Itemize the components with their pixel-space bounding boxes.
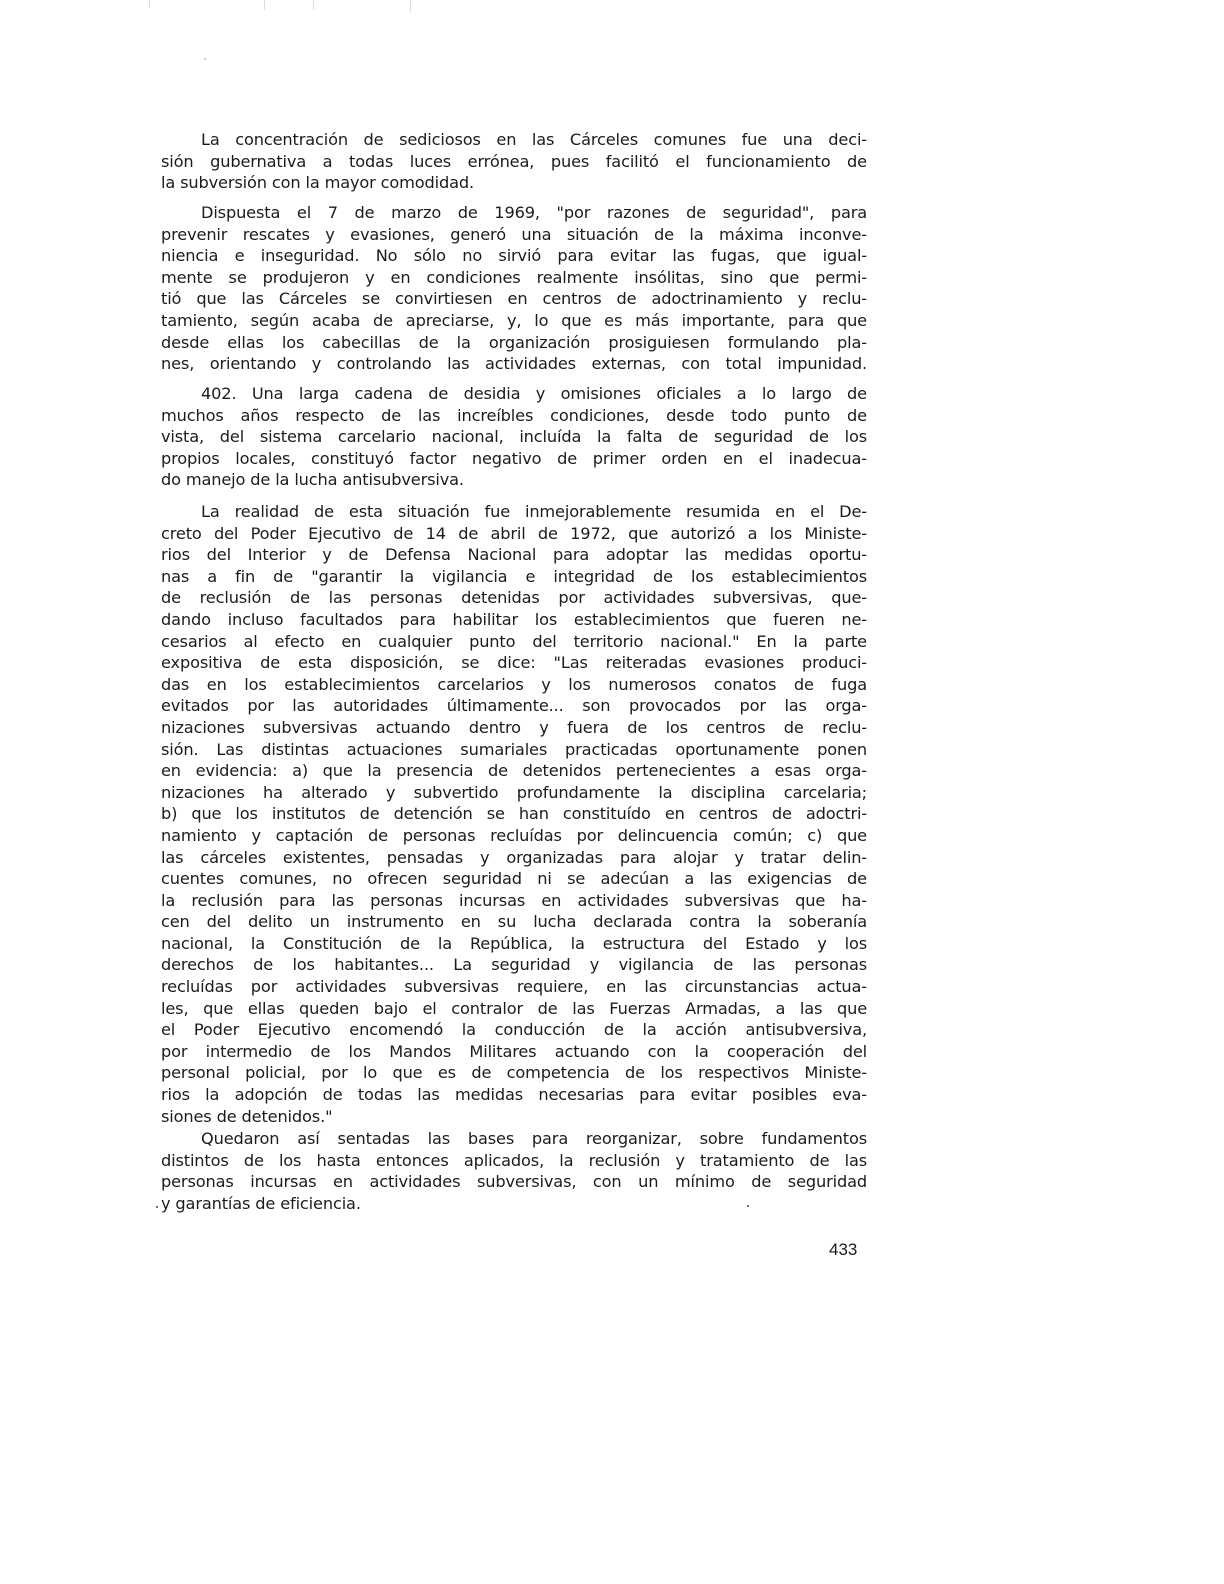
text-line: tamiento, según acaba de apreciarse, y, … <box>161 310 867 332</box>
scan-artifact <box>149 0 150 8</box>
text-line: rios del Interior y de Defensa Nacional … <box>161 544 867 566</box>
text-line: recluídas por actividades subversivas re… <box>161 976 867 998</box>
paragraph-402: 402. Una larga cadena de desidia y omisi… <box>161 383 867 491</box>
text-line: desde ellas los cabecillas de la organiz… <box>161 332 867 354</box>
scan-artifact <box>313 0 314 10</box>
text-line: vista, del sistema carcelario nacional, … <box>161 426 867 448</box>
text-line: la reclusión para las personas incursas … <box>161 890 867 912</box>
text-line: 402. Una larga cadena de desidia y omisi… <box>161 383 867 405</box>
paragraph-2: Dispuesta el 7 de marzo de 1969, "por ra… <box>161 202 867 375</box>
text-line: cuentes comunes, no ofrecen seguridad ni… <box>161 868 867 890</box>
text-line: expositiva de esta disposición, se dice:… <box>161 652 867 674</box>
text-line: tió que las Cárceles se convirtiesen en … <box>161 288 867 310</box>
scan-speck <box>156 1206 158 1208</box>
text-line: dando incluso facultados para habilitar … <box>161 609 867 631</box>
text-line: la subversión con la mayor comodidad. <box>161 172 867 194</box>
text-line: nes, orientando y controlando las activi… <box>161 353 867 375</box>
text-line: personas incursas en actividades subvers… <box>161 1171 867 1193</box>
text-line: de reclusión de las personas detenidas p… <box>161 587 867 609</box>
text-line: propios locales, constituyó factor negat… <box>161 448 867 470</box>
scan-artifact <box>410 0 411 12</box>
page-number: 433 <box>829 1240 857 1260</box>
text-line: nas a fin de "garantir la vigilancia e i… <box>161 566 867 588</box>
text-line: do manejo de la lucha antisubversiva. <box>161 469 867 491</box>
text-line: nizaciones subversivas actuando dentro y… <box>161 717 867 739</box>
text-line: distintos de los hasta entonces aplicado… <box>161 1150 867 1172</box>
text-line: derechos de los habitantes... La segurid… <box>161 954 867 976</box>
text-line: les, que ellas queden bajo el contralor … <box>161 998 867 1020</box>
text-line: siones de detenidos." <box>161 1106 867 1128</box>
text-line: nacional, la Constitución de la Repúblic… <box>161 933 867 955</box>
text-line: cen del delito un instrumento en su luch… <box>161 911 867 933</box>
text-line: y garantías de eficiencia. <box>161 1193 867 1215</box>
text-line: das en los establecimientos carcelarios … <box>161 674 867 696</box>
text-line: evitados por las autoridades últimamente… <box>161 695 867 717</box>
text-line: por intermedio de los Mandos Militares a… <box>161 1041 867 1063</box>
text-line: en evidencia: a) que la presencia de det… <box>161 760 867 782</box>
text-line: niencia e inseguridad. No sólo no sirvió… <box>161 245 867 267</box>
text-line: cesarios al efecto en cualquier punto de… <box>161 631 867 653</box>
text-line: creto del Poder Ejecutivo de 14 de abril… <box>161 523 867 545</box>
text-line: las cárceles existentes, pensadas y orga… <box>161 847 867 869</box>
paragraph-4: La realidad de esta situación fue inmejo… <box>161 501 867 1127</box>
text-line: La realidad de esta situación fue inmejo… <box>161 501 867 523</box>
text-line: sión gubernativa a todas luces errónea, … <box>161 151 867 173</box>
document-page: La concentración de sediciosos en las Cá… <box>0 0 1224 1584</box>
text-line: el Poder Ejecutivo encomendó la conducci… <box>161 1019 867 1041</box>
text-line: muchos años respecto de las increíbles c… <box>161 405 867 427</box>
text-line: nizaciones ha alterado y subvertido prof… <box>161 782 867 804</box>
scan-artifact <box>264 0 265 10</box>
text-line: b) que los institutos de detención se ha… <box>161 803 867 825</box>
text-line: prevenir rescates y evasiones, generó un… <box>161 224 867 246</box>
text-line: sión. Las distintas actuaciones sumarial… <box>161 739 867 761</box>
text-line: namiento y captación de personas recluíd… <box>161 825 867 847</box>
text-line: La concentración de sediciosos en las Cá… <box>161 129 867 151</box>
text-line: mente se produjeron y en condiciones rea… <box>161 267 867 289</box>
paragraph-5: Quedaron así sentadas las bases para reo… <box>161 1128 867 1214</box>
scan-speck <box>204 58 206 60</box>
scan-speck <box>747 1205 749 1207</box>
text-line: Quedaron así sentadas las bases para reo… <box>161 1128 867 1150</box>
text-line: rios la adopción de todas las medidas ne… <box>161 1084 867 1106</box>
text-line: personal policial, por lo que es de comp… <box>161 1062 867 1084</box>
text-line: Dispuesta el 7 de marzo de 1969, "por ra… <box>161 202 867 224</box>
paragraph-1: La concentración de sediciosos en las Cá… <box>161 129 867 194</box>
